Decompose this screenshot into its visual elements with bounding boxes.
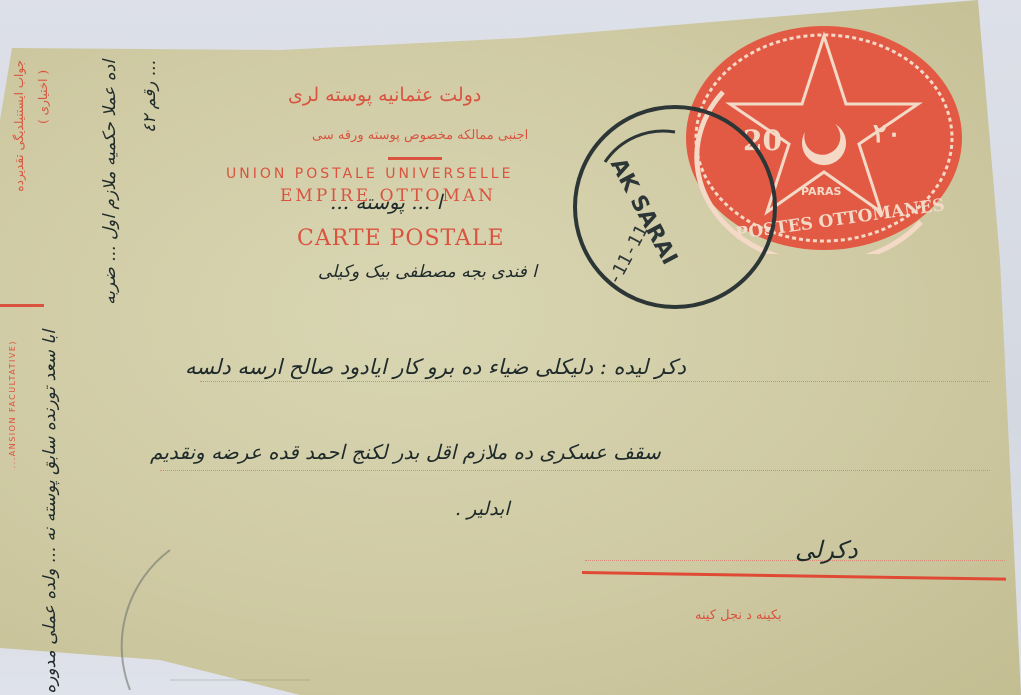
left-arabic-vertical-1: جواب ایستنیلدیگی تقدیرده [12, 60, 26, 192]
body-line-3: ابدلیر . [455, 498, 510, 520]
guide-line-1 [200, 381, 990, 382]
svg-text:٢٠: ٢٠ [873, 119, 901, 149]
body-line-2: سقف عسکری ده ملازم اقل بدر لکنج احمد قده… [150, 440, 661, 464]
header-rule [388, 157, 442, 160]
left-rule [0, 304, 44, 307]
header-arabic-subtitle: اجنبی ممالکه مخصوص پوسته ورقه سی [312, 128, 528, 143]
address-line-2: ا فندی بجه مصطفی بیک وکیلی [318, 262, 537, 282]
signature: دکرلی [795, 536, 858, 564]
address-line-1: ا ... پوسته ... [330, 190, 442, 214]
svg-text:AK SARAI: AK SARAI [605, 154, 682, 269]
side-note-2: اده عملا حکمیه ملازم اول ... ضربه [100, 60, 120, 305]
postmark-faint [110, 530, 340, 690]
svg-text:PARAS: PARAS [801, 185, 842, 198]
header-card-title: CARTE POSTALE [297, 226, 505, 251]
svg-text:-11-11-: -11-11- [604, 212, 658, 289]
left-print-panel: جواب ایستنیلدیگی تقدیرده ( اختیاری ) [8, 60, 68, 310]
side-note-1: ابا سعد تورنده سابق پوسته نه ... ولده عم… [40, 330, 60, 694]
left-french-vertical: ...ANSION FACULTATIVE) [8, 340, 17, 468]
side-note-3: رقم ٤٢ ... [140, 60, 160, 133]
guide-line-2 [160, 470, 990, 471]
left-arabic-vertical-2: ( اختیاری ) [36, 70, 50, 124]
header-arabic-title: دولت عثمانیه پوسته لری [288, 84, 481, 106]
body-line-1: دکر لیده : دلیکلی ضیاء ده برو کار ایادود… [185, 355, 686, 379]
signature-label: بکینه د نجل کینه [695, 608, 782, 623]
header-upu: UNION POSTALE UNIVERSELLE [226, 166, 513, 182]
postmark: AK SARAI -11-11- [545, 92, 785, 322]
